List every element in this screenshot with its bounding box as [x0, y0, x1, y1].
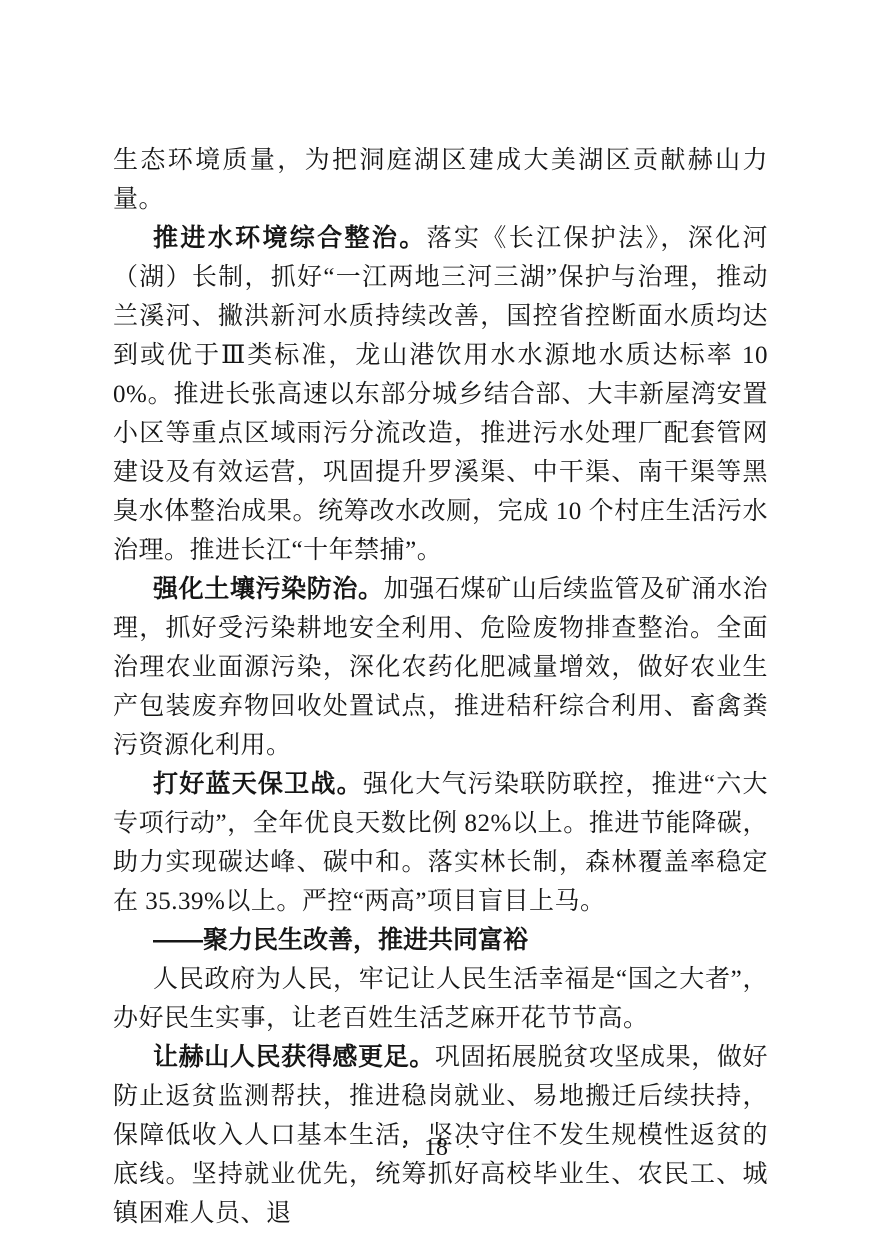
- paragraph-text: 落实《长江保护法》，深化河（湖）长制，抓好“一江两地三河三湖”保护与治理，推动兰…: [113, 225, 768, 564]
- document-page: 生态环境质量，为把洞庭湖区建成大美湖区贡献赫山力量。推进水环境综合整治。落实《长…: [0, 0, 872, 1234]
- footer-dot-left: ·: [401, 1130, 408, 1164]
- paragraph-text: 人民政府为人民，牢记让人民生活幸福是“国之大者”，办好民生实事，让老百姓生活芝麻…: [113, 966, 768, 1032]
- paragraph-lead-bold: ——聚力民生改善，推进共同富裕: [153, 926, 528, 954]
- document-body: 生态环境质量，为把洞庭湖区建成大美湖区贡献赫山力量。推进水环境综合整治。落实《长…: [113, 141, 768, 1233]
- page-number: 18: [424, 1131, 448, 1165]
- paragraph: 生态环境质量，为把洞庭湖区建成大美湖区贡献赫山力量。: [113, 141, 768, 219]
- page-footer: ·18·: [0, 1130, 872, 1165]
- paragraph: 打好蓝天保卫战。强化大气污染联防联控，推进“六大专项行动”，全年优良天数比例 8…: [113, 765, 768, 921]
- paragraph: 人民政府为人民，牢记让人民生活幸福是“国之大者”，办好民生实事，让老百姓生活芝麻…: [113, 960, 768, 1038]
- paragraph-lead-bold: 打好蓝天保卫战。: [153, 771, 363, 798]
- section-heading: ——聚力民生改善，推进共同富裕: [113, 921, 768, 960]
- paragraph: 强化土壤污染防治。加强石煤矿山后续监管及矿涌水治理，抓好受污染耕地安全利用、危险…: [113, 570, 768, 765]
- paragraph-lead-bold: 强化土壤污染防治。: [153, 576, 384, 603]
- paragraph-lead-bold: 让赫山人民获得感更足。: [153, 1044, 435, 1071]
- paragraph-lead-bold: 推进水环境综合整治。: [153, 225, 427, 252]
- paragraph-text: 生态环境质量，为把洞庭湖区建成大美湖区贡献赫山力量。: [113, 147, 768, 213]
- paragraph: 推进水环境综合整治。落实《长江保护法》，深化河（湖）长制，抓好“一江两地三河三湖…: [113, 219, 768, 570]
- footer-dot-right: ·: [464, 1130, 471, 1164]
- paragraph-text: 加强石煤矿山后续监管及矿涌水治理，抓好受污染耕地安全利用、危险废物排查整治。全面…: [113, 576, 768, 759]
